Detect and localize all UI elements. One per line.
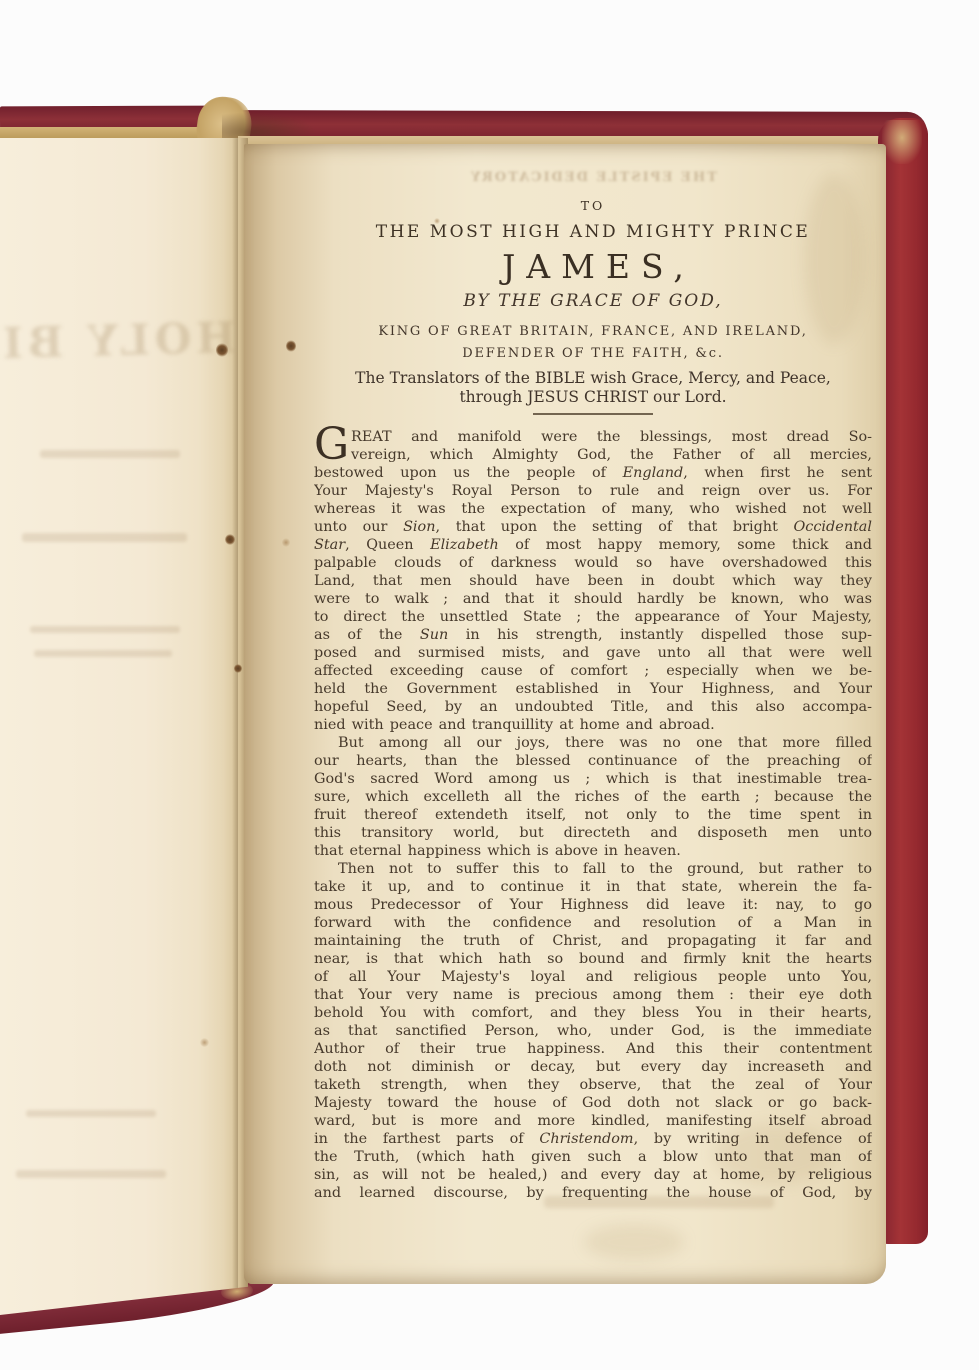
text-line: as of the Sun in his strength, instantly… xyxy=(314,626,872,644)
text-line: posed and surmised mists, and gave unto … xyxy=(314,644,872,662)
text-line: sure, which excelleth all the riches of … xyxy=(314,788,872,806)
dedication-greeting-1: The Translators of the BIBLE wish Grace,… xyxy=(314,369,872,388)
dedication-to: TO xyxy=(314,198,872,213)
foxing-spot xyxy=(200,1038,209,1047)
text-line: Majesty toward the house of God doth not… xyxy=(314,1094,872,1112)
text-line: forward with the confidence and resoluti… xyxy=(314,914,872,932)
text-line: hopeful Seed, by an undoubted Title, and… xyxy=(314,698,872,716)
text-line: ward, but is more and more kindled, mani… xyxy=(314,1112,872,1130)
text-line: of all Your Majesty's loyal and religiou… xyxy=(314,968,872,986)
text-line: REAT and manifold were the blessings, mo… xyxy=(314,428,872,446)
section-rule xyxy=(533,413,653,415)
epistle-body: GREAT and manifold were the blessings, m… xyxy=(314,428,872,1202)
text-line: palpable clouds of darkness would so hav… xyxy=(314,554,872,572)
text-line: mous Predecessor of Your Highness did le… xyxy=(314,896,872,914)
text-line: this transitory world, but directeth and… xyxy=(314,824,872,842)
text-line: held the Government established in Your … xyxy=(314,680,872,698)
showthrough-title-text: HOLY BIBL xyxy=(5,313,236,368)
page-stain xyxy=(584,1224,684,1260)
text-line: near, is that which hath so bound and fi… xyxy=(314,950,872,968)
photo-background: HOLY BIBL THE EPISTLE DEDICATORY TO THE … xyxy=(0,0,979,1370)
dedication-titles-2: DEFENDER OF THE FAITH, &c. xyxy=(314,346,872,362)
ghost-line xyxy=(16,1170,166,1178)
text-line: doth not diminish or decay, but every da… xyxy=(314,1058,872,1076)
epistle-paragraph: GREAT and manifold were the blessings, m… xyxy=(314,428,872,734)
dedication-grace: BY THE GRACE OF GOD, xyxy=(314,291,872,311)
text-line: sin, as will not be healed,) and every d… xyxy=(314,1166,872,1184)
text-line: bestowed upon us the people of England, … xyxy=(314,464,872,482)
ghost-line xyxy=(40,450,180,458)
showthrough-header-text: THE EPISTLE DEDICATORY xyxy=(314,170,872,186)
text-line: to direct the unsettled State ; the appe… xyxy=(314,608,872,626)
text-line: Your Majesty's Royal Person to rule and … xyxy=(314,482,872,500)
text-line: vereign, which Almighty God, the Father … xyxy=(314,446,872,464)
foxing-spot xyxy=(282,538,290,547)
text-line: But among all our joys, there was no one… xyxy=(314,734,872,752)
text-line: Author of their true happiness. And this… xyxy=(314,1040,872,1058)
text-line: that Your very name is precious among th… xyxy=(314,986,872,1004)
text-line: that eternal happiness which is above in… xyxy=(314,842,872,860)
text-line: maintaining the truth of Christ, and pro… xyxy=(314,932,872,950)
text-line: Land, that men should have been in doubt… xyxy=(314,572,872,590)
right-page: THE EPISTLE DEDICATORY TO THE MOST HIGH … xyxy=(244,144,886,1284)
text-line: as that sanctified Person, who, under Go… xyxy=(314,1022,872,1040)
text-line: nied with peace and tranquillity at home… xyxy=(314,716,872,734)
ghost-line xyxy=(22,533,187,542)
text-line: our hearts, than the blessed continuance… xyxy=(314,752,872,770)
text-line: Then not to suffer this to fall to the g… xyxy=(314,860,872,878)
epistle-paragraph: Then not to suffer this to fall to the g… xyxy=(314,860,872,1202)
foxing-spot xyxy=(216,343,228,357)
epistle-paragraph: But among all our joys, there was no one… xyxy=(314,734,872,860)
corner-wear-patch xyxy=(882,120,922,164)
text-line: in the farthest parts of Christendom, by… xyxy=(314,1130,872,1148)
dedication-greeting-2: through JESUS CHRIST our Lord. xyxy=(314,388,872,407)
text-line: unto our Sion, that upon the setting of … xyxy=(314,518,872,536)
ghost-line xyxy=(26,1110,156,1117)
text-line: behold You with comfort, and they bless … xyxy=(314,1004,872,1022)
epistle-dedicatory-page: THE EPISTLE DEDICATORY TO THE MOST HIGH … xyxy=(314,144,872,1202)
foxing-spot xyxy=(234,664,242,673)
foxing-spot xyxy=(225,534,235,545)
text-line: God's sacred Word among us ; which is th… xyxy=(314,770,872,788)
text-line: were to walk ; and that it should hardly… xyxy=(314,590,872,608)
text-line: affected exceeding cause of comfort ; es… xyxy=(314,662,872,680)
foxing-spot xyxy=(286,340,296,352)
text-line: take it up, and to continue it in that s… xyxy=(314,878,872,896)
dedication-name: JAMES, xyxy=(314,247,872,287)
text-line: the Truth, (which hath given such a blow… xyxy=(314,1148,872,1166)
text-line: taketh strength, when they observe, that… xyxy=(314,1076,872,1094)
text-line: and learned discourse, by frequenting th… xyxy=(314,1184,872,1202)
drop-cap: G xyxy=(314,425,349,465)
text-line: fruit thereof extendeth itself, not only… xyxy=(314,806,872,824)
dedication-titles-1: KING OF GREAT BRITAIN, FRANCE, AND IRELA… xyxy=(314,324,872,340)
text-line: whereas it was the expectation of many, … xyxy=(314,500,872,518)
ghost-line xyxy=(30,626,180,633)
text-line: Star, Queen Elizabeth of most happy memo… xyxy=(314,536,872,554)
ghost-line xyxy=(34,650,172,657)
dedication-address: THE MOST HIGH AND MIGHTY PRINCE xyxy=(314,222,872,242)
left-page: HOLY BIBL xyxy=(0,138,248,1315)
